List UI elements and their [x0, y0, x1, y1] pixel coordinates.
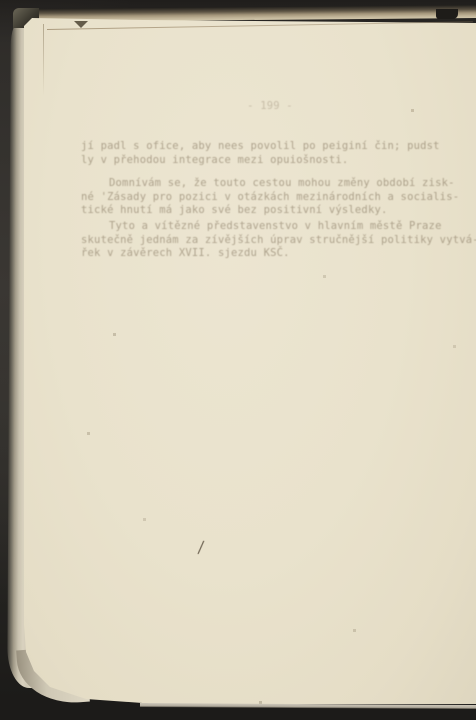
typewritten-line: Domnívám se, že touto cestou mohou změny…: [81, 177, 459, 191]
typewritten-line: né 'Zásady pro pozici v otázkách mezinár…: [81, 191, 459, 205]
page-edge-notch: [436, 9, 458, 19]
page-edge-notch: [74, 21, 88, 28]
typewritten-paragraph: Tyto a vítězné představenstvo v hlavním …: [81, 220, 459, 261]
typewritten-line: ly v přehodou integrace mezi opuiošnosti…: [81, 154, 459, 168]
page-bottom-edge: [140, 703, 476, 709]
typewritten-line: jí padl s ofice, aby nees povolil po pei…: [81, 140, 459, 154]
typewritten-line: tické hnutí má jako své bez positivní vý…: [81, 204, 459, 218]
page-crease-line: [43, 24, 44, 96]
typewritten-paragraph: jí padl s ofice, aby nees povolil po pei…: [81, 140, 459, 167]
typewritten-paragraph: Domnívám se, že touto cestou mohou změny…: [81, 177, 459, 218]
typewritten-line: řek v závěrech XVII. sjezdu KSČ.: [81, 247, 459, 261]
typewritten-line: skutečně jednám za zívějších úprav struč…: [81, 234, 459, 248]
typewritten-line: Tyto a vítězné představenstvo v hlavním …: [81, 220, 459, 234]
photo-background: - 199 - jí padl s ofice, aby nees povoli…: [0, 0, 476, 720]
page-number: - 199 -: [81, 100, 459, 112]
book-page: - 199 - jí padl s ofice, aby nees povoli…: [24, 14, 476, 706]
